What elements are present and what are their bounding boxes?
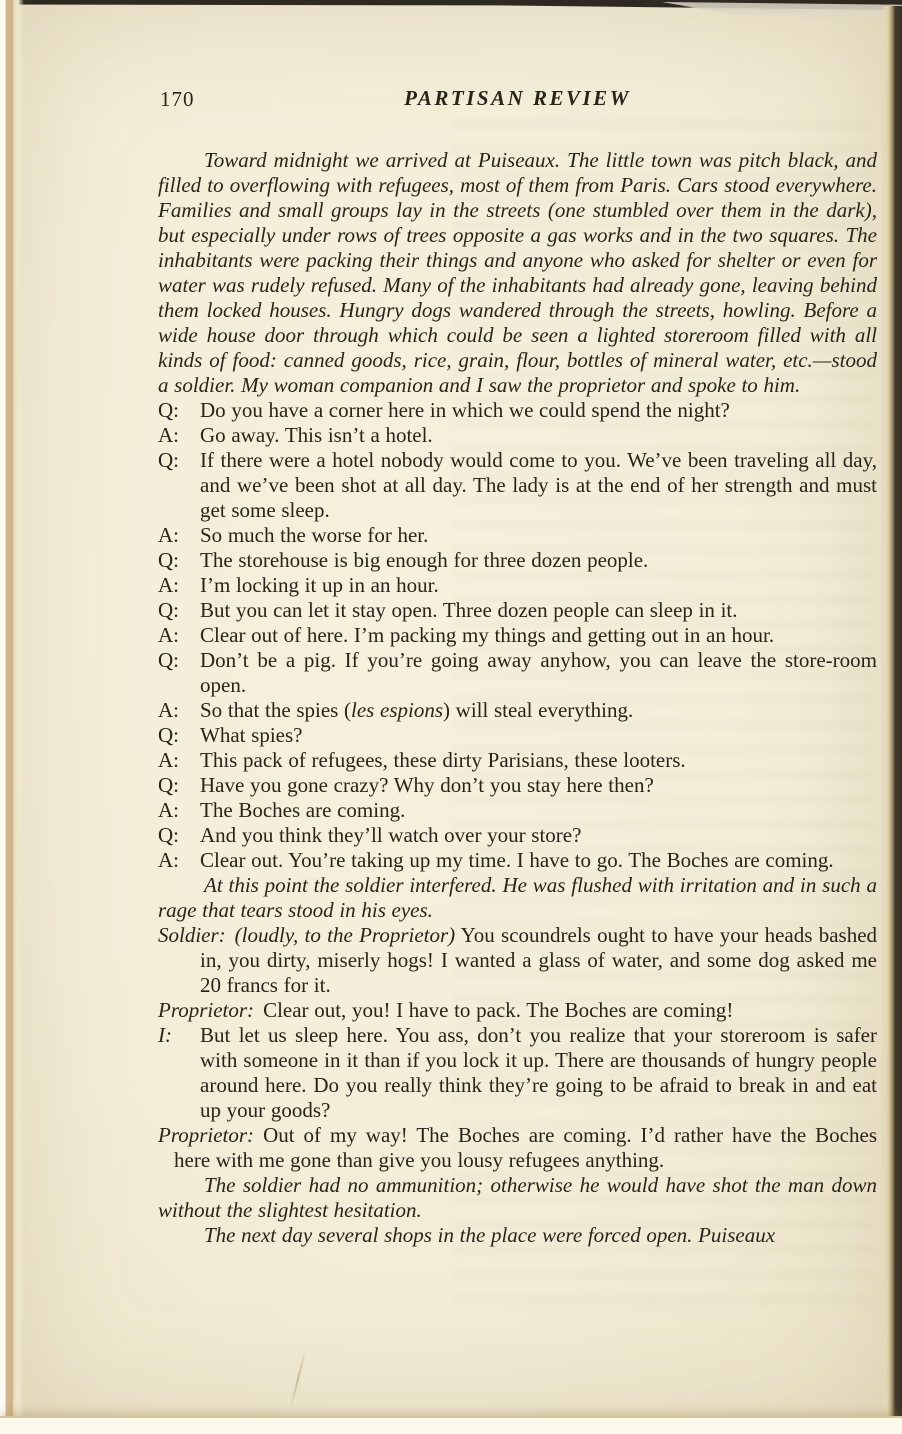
dialog-line: A:This pack of refugees, these dirty Par… (158, 748, 877, 773)
speaker-label: A: (158, 798, 200, 823)
text-segment: ) will steal everything. (443, 698, 633, 722)
italic-text-segment: (loudly, to the Proprietor) (235, 923, 456, 947)
dialog-line: Proprietor:Out of my way! The Boches are… (158, 1123, 877, 1173)
speaker-label: Q: (158, 648, 200, 673)
text-segment: Have you gone crazy? Why don’t you stay … (200, 773, 654, 797)
speaker-label: A: (158, 573, 200, 598)
scanned-book-page: 170 PARTISAN REVIEW Toward midnight we a… (0, 0, 902, 1434)
speaker-label: A: (158, 523, 200, 548)
speaker-label: Proprietor: (158, 1123, 254, 1147)
dialog-line: A:Clear out of here. I’m packing my thin… (158, 623, 877, 648)
dialog-line: Proprietor:Clear out, you! I have to pac… (158, 998, 877, 1023)
speaker-label: Q: (158, 823, 200, 848)
speaker-label: A: (158, 423, 200, 448)
text-segment: I’m locking it up in an hour. (200, 573, 439, 597)
text-segment: Clear out, you! I have to pack. The Boch… (263, 998, 733, 1022)
speaker-label: A: (158, 848, 200, 873)
dialog-line: Q:What spies? (158, 723, 877, 748)
text-segment: Clear out of here. I’m packing my things… (200, 623, 774, 647)
text-segment: What spies? (200, 723, 302, 747)
page-body: Toward midnight we arrived at Puiseaux. … (158, 148, 877, 1248)
text-segment: Don’t be a pig. If you’re going away any… (200, 648, 877, 697)
running-header: 170 PARTISAN REVIEW (158, 86, 877, 114)
text-segment: Out of my way! The Boches are coming. I’… (174, 1123, 877, 1172)
page-text-block: 170 PARTISAN REVIEW Toward midnight we a… (158, 86, 877, 1248)
page-right-edge (876, 6, 902, 1424)
book-binding-edge (0, 0, 24, 1434)
italic-text-segment: Toward midnight we arrived at Puiseaux. … (158, 148, 877, 397)
speaker-label: A: (158, 748, 200, 773)
italic-text-segment: At this point the soldier interfered. He… (158, 873, 877, 922)
dialog-line: Q:Do you have a corner here in which we … (158, 398, 877, 423)
dialog-line: Q:Don’t be a pig. If you’re going away a… (158, 648, 877, 698)
dialog-line: Q:The storehouse is big enough for three… (158, 548, 877, 573)
dialog-line: A:I’m locking it up in an hour. (158, 573, 877, 598)
scan-bottom-edge (0, 1416, 902, 1434)
text-segment: Do you have a corner here in which we co… (200, 398, 730, 422)
speaker-label: Q: (158, 448, 200, 473)
text-segment: But let us sleep here. You ass, don’t yo… (200, 1023, 877, 1122)
text-segment: So much the worse for her. (200, 523, 428, 547)
narration-paragraph: Toward midnight we arrived at Puiseaux. … (158, 148, 877, 398)
text-segment: The Boches are coming. (200, 798, 405, 822)
journal-title: PARTISAN REVIEW (158, 86, 877, 111)
dialog-line: A:Clear out. You’re taking up my time. I… (158, 848, 877, 873)
text-segment: Go away. This isn’t a hotel. (200, 423, 433, 447)
dialog-line: Q:But you can let it stay open. Three do… (158, 598, 877, 623)
narration-paragraph: The soldier had no ammunition; otherwise… (158, 1173, 877, 1223)
dialog-line: A:So much the worse for her. (158, 523, 877, 548)
dialog-line: Q:And you think they’ll watch over your … (158, 823, 877, 848)
narration-paragraph: The next day several shops in the place … (158, 1223, 877, 1248)
speaker-label: Q: (158, 773, 200, 798)
speaker-label: A: (158, 623, 200, 648)
speaker-label: Q: (158, 398, 200, 423)
dialog-line: A:Go away. This isn’t a hotel. (158, 423, 877, 448)
speaker-label: I: (158, 1023, 200, 1048)
text-segment: But you can let it stay open. Three doze… (200, 598, 738, 622)
italic-text-segment: les espions (351, 698, 443, 722)
speaker-label: Q: (158, 548, 200, 573)
paper-scratch-mark (290, 1349, 307, 1410)
dialog-line: Q:If there were a hotel nobody would com… (158, 448, 877, 523)
text-segment: This pack of refugees, these dirty Paris… (200, 748, 686, 772)
dialog-line: Soldier:(loudly, to the Proprietor) You … (158, 923, 877, 998)
text-segment: If there were a hotel nobody would come … (200, 448, 877, 522)
text-segment: So that the spies ( (200, 698, 351, 722)
speaker-label: Q: (158, 598, 200, 623)
scan-top-corner (662, 2, 902, 20)
text-segment: Clear out. You’re taking up my time. I h… (200, 848, 834, 872)
speaker-label: Q: (158, 723, 200, 748)
page-number: 170 (160, 87, 195, 112)
dialog-line: Q:Have you gone crazy? Why don’t you sta… (158, 773, 877, 798)
italic-text-segment: The next day several shops in the place … (204, 1223, 775, 1247)
dialog-line: I:But let us sleep here. You ass, don’t … (158, 1023, 877, 1123)
text-segment: The storehouse is big enough for three d… (200, 548, 648, 572)
narration-paragraph: At this point the soldier interfered. He… (158, 873, 877, 923)
dialog-line: A:So that the spies (les espions) will s… (158, 698, 877, 723)
speaker-label: A: (158, 698, 200, 723)
dialog-line: A:The Boches are coming. (158, 798, 877, 823)
speaker-label: Soldier: (158, 923, 226, 947)
speaker-label: Proprietor: (158, 998, 254, 1022)
text-segment: And you think they’ll watch over your st… (200, 823, 581, 847)
italic-text-segment: The soldier had no ammunition; otherwise… (158, 1173, 877, 1222)
